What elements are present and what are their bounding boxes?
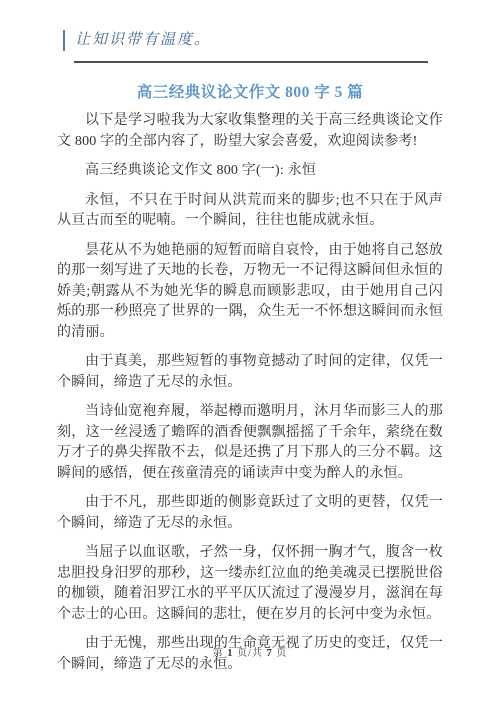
section-heading: 高三经典谈论文作文 800 字(一): 永恒 xyxy=(57,161,443,182)
document-body: 以下是学习啦我为大家收集整理的关于高三经典谈论文作文 800 字的全部内容了，盼… xyxy=(57,111,443,675)
document-page: 让知识带有温度。 高三经典议论文作文 800 字 5 篇 以下是学习啦我为大家收… xyxy=(0,0,500,707)
site-header: 让知识带有温度。 xyxy=(63,28,443,52)
page-footer: 第 1 页/共 7 页 xyxy=(0,644,500,659)
paragraph: 当屈子以血讴歌，孑然一身，仅怀拥一胸才气，腹含一枚忠胆投身汨罗的那秒，这一缕赤红… xyxy=(57,543,443,625)
paragraph-intro: 以下是学习啦我为大家收集整理的关于高三经典谈论文作文 800 字的全部内容了，盼… xyxy=(57,111,443,152)
paragraph: 由于不凡，那些即逝的侧影竟跃过了文明的更替，仅凭一个瞬间，缔造了无尽的永恒。 xyxy=(57,493,443,534)
paragraph: 由于真美，那些短暂的事物竟撼动了时间的定律，仅凭一个瞬间，缔造了无尽的永恒。 xyxy=(57,352,443,393)
footer-label: 页 xyxy=(273,648,288,659)
header-divider-line xyxy=(74,61,428,63)
footer-label: 页/共 xyxy=(234,648,267,659)
paragraph: 昙花从不为她艳丽的短暂而暗自哀怜，由于她将自己怒放的那一刻写进了天地的长卷，万物… xyxy=(57,241,443,344)
footer-label: 第 xyxy=(213,648,228,659)
paragraph: 当诗仙宽袍弃履，举起樽而邀明月，沐月华而影三人的那刻，这一丝浸透了蟾晖的酒香便飘… xyxy=(57,402,443,484)
document-title: 高三经典议论文作文 800 字 5 篇 xyxy=(57,84,443,102)
site-slogan: 让知识带有温度。 xyxy=(75,30,211,51)
paragraph: 永恒，不只在于时间从洪荒而来的脚步;也不只在于风声从亘古而至的呢喃。一个瞬间，往… xyxy=(57,191,443,232)
header-accent-bar xyxy=(63,30,65,51)
